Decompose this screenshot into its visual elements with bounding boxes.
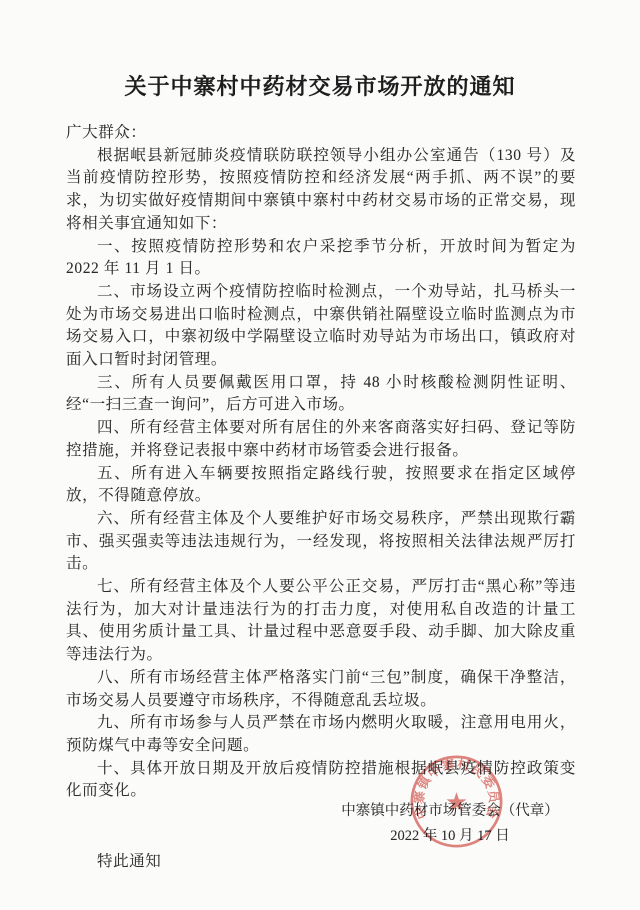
closing-line: 特此通知 (66, 851, 576, 874)
paragraph-item-6: 六、所有经营主体及个人要维护好市场交易秩序，严禁出现欺行霸市、强买强卖等违法违规… (66, 508, 576, 576)
paragraph-item-8: 八、所有市场经营主体严格落实门前“三包”制度，确保干净整洁，市场交易人员要遵守市… (66, 667, 576, 712)
salutation: 广大群众： (66, 122, 576, 145)
paragraph-item-3: 三、所有人员要佩戴医用口罩，持 48 小时核酸检测阴性证明、经“一扫三查一询问”… (66, 372, 576, 417)
official-seal: 中寨镇中寨村民委员会 ★ ············· (408, 753, 505, 850)
paragraph-item-2: 二、市场设立两个疫情防控临时检测点，一个劝导站，扎马桥头一处为市场交易进出口临时… (66, 281, 576, 372)
star-icon: ★ (445, 788, 468, 818)
paragraph-item-9: 九、所有市场参与人员严禁在市场内燃明火取暖，注意用电用火，预防煤气中毒等安全问题… (66, 712, 576, 757)
seal-serial-holder: ············· (437, 829, 476, 839)
paragraph-item-5: 五、所有进入车辆要按照指定路线行驶，按照要求在指定区域停放，不得随意停放。 (66, 463, 576, 508)
paragraph-item-1: 一、按照疫情防控形势和农户采挖季节分析，开放时间为暂定为 2022 年 11 月… (66, 236, 576, 281)
notice-document: 关于中寨村中药材交易市场开放的通知 广大群众： 根据岷县新冠肺炎疫情联防联控领导… (0, 0, 640, 910)
paragraph-item-7: 七、所有经营主体及个人要公平公正交易，严厉打击“黑心称”等违法行为，加大对计量违… (66, 576, 576, 667)
paragraph-item-4: 四、所有经营主体要对所有居住的外来客商落实好扫码、登记等防控措施，并将登记表报中… (66, 417, 576, 462)
page-title: 关于中寨村中药材交易市场开放的通知 (40, 70, 600, 101)
paragraph-intro: 根据岷县新冠肺炎疫情联防联控领导小组办公室通告（130 号）及当前疫情防控形势，… (66, 145, 576, 236)
seal-serial-marks: ············· (437, 829, 476, 839)
